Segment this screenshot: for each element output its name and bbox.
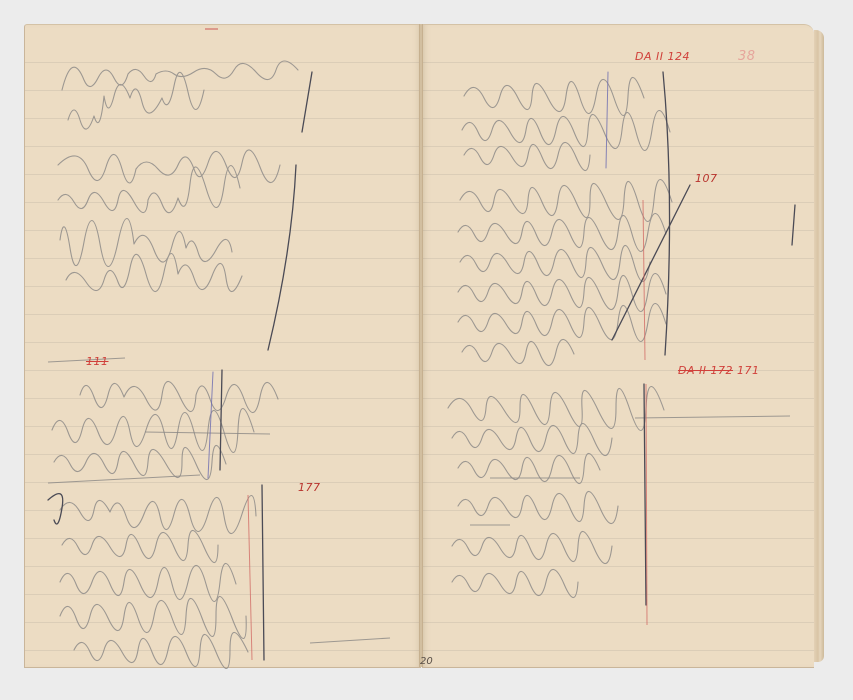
folio-number: 38 (738, 49, 756, 64)
handwriting-line (458, 273, 666, 311)
violet-mark (606, 72, 608, 168)
handwriting-line (452, 531, 612, 563)
strike-line (310, 638, 390, 643)
handwriting-line (462, 110, 670, 150)
handwriting-line (458, 303, 666, 341)
archive-ref-177: 177 (298, 481, 321, 494)
handwriting-layer (0, 0, 853, 700)
archive-ref-bottom: DA II 172 171 (678, 364, 759, 377)
handwriting-line (60, 563, 236, 601)
handwriting-line (74, 632, 248, 668)
vertical-mark (268, 165, 296, 350)
underline (635, 416, 790, 418)
struck-ref: DA II 172 (678, 364, 733, 377)
vertical-mark (302, 72, 312, 132)
vertical-mark (262, 485, 264, 660)
struck-left-ref: 111 (86, 355, 109, 368)
handwriting-line (460, 179, 672, 221)
handwriting-line (58, 165, 240, 212)
strike-line (48, 475, 200, 483)
handwriting-line (458, 491, 618, 523)
handwriting-line (60, 495, 256, 533)
archive-ref-107: 107 (695, 172, 718, 185)
vertical-mark (792, 205, 795, 245)
red-vertical-mark (248, 495, 252, 660)
handwriting-line (60, 596, 246, 638)
handwriting-line (62, 530, 218, 562)
handwriting-line (80, 381, 278, 412)
handwriting-line (452, 569, 578, 597)
handwriting-line (62, 61, 298, 90)
page-number: 20 (420, 656, 433, 667)
handwriting-line (452, 423, 612, 455)
handwriting-line (458, 453, 600, 483)
handwriting-line (462, 339, 574, 365)
handwriting-line (66, 253, 242, 291)
archive-ref-top: DA II 124 (635, 50, 690, 63)
handwriting-line (58, 150, 280, 183)
handwriting-line (60, 218, 232, 266)
handwriting-line (458, 213, 666, 251)
handwriting-line (68, 72, 204, 129)
handwriting-line (464, 77, 644, 115)
handwriting-line (52, 408, 254, 452)
handwriting-line (464, 142, 590, 170)
handwriting-line (448, 386, 664, 430)
handwriting-line (54, 445, 226, 479)
